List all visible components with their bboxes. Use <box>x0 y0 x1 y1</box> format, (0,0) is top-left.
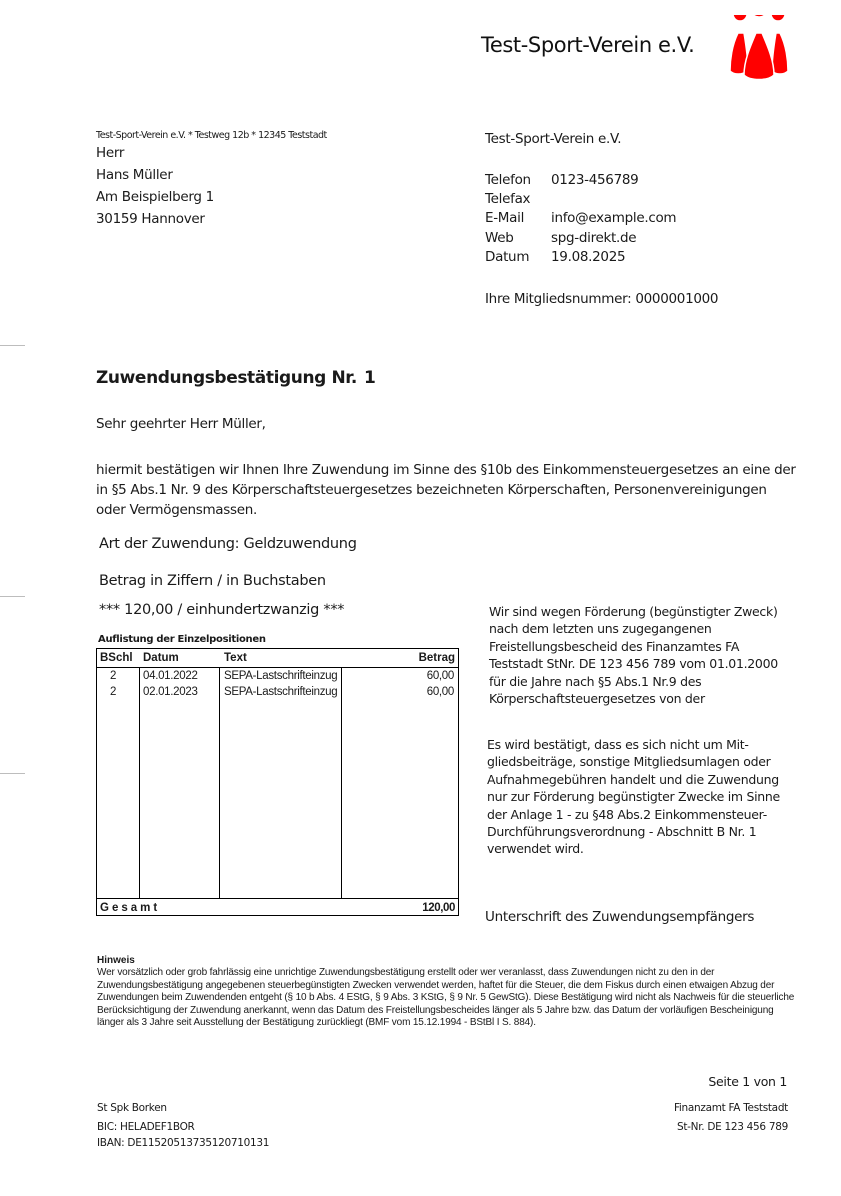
tax-number: St-Nr. DE 123 456 789 <box>677 1121 788 1133</box>
contact-label: Web <box>485 230 514 246</box>
contact-phone: 0123-456789 <box>551 172 638 188</box>
cell-datum: 02.01.2023 <box>143 686 198 698</box>
bank-bic: BIC: HELADEF1BOR <box>97 1121 195 1133</box>
cell-text: SEPA-Lastschrifteinzug <box>224 670 337 682</box>
bank-iban: IBAN: DE11520513735120710131 <box>97 1137 269 1149</box>
fold-mark <box>0 773 25 774</box>
recipient-title: Herr <box>96 145 124 161</box>
column-divider <box>341 668 342 898</box>
cell-bschl: 2 <box>110 670 116 682</box>
items-table-title: Auflistung der Einzelpositionen <box>98 634 266 645</box>
contact-date: 19.08.2025 <box>551 249 625 265</box>
column-divider <box>219 668 220 898</box>
notice-title: Hinweis <box>97 955 135 966</box>
column-header-betrag: Betrag <box>419 652 455 664</box>
salutation: Sehr geehrter Herr Müller, <box>96 416 266 432</box>
header-divider <box>97 667 458 668</box>
recipient-name: Hans Müller <box>96 167 173 183</box>
contact-email: info@example.com <box>551 210 676 226</box>
bowling-pins-icon <box>728 15 790 81</box>
donation-type: Art der Zuwendung: Geldzuwendung <box>99 536 357 552</box>
organization-name: Test-Sport-Verein e.V. <box>481 33 694 57</box>
fold-mark <box>0 345 25 346</box>
column-header-datum: Datum <box>143 652 179 664</box>
contact-label: Telefon <box>485 172 531 188</box>
contact-web: spg-direkt.de <box>551 230 636 246</box>
contact-label: E-Mail <box>485 210 524 226</box>
sender-return-line: Test-Sport-Verein e.V. * Testweg 12b * 1… <box>96 130 327 141</box>
member-number: Ihre Mitgliedsnummer: 0000001000 <box>485 291 718 307</box>
items-table: BSchl Datum Text Betrag 2 04.01.2022 SEP… <box>96 648 459 916</box>
bank-name: St Spk Borken <box>97 1102 167 1114</box>
page-number: Seite 1 von 1 <box>708 1074 787 1089</box>
recipient-street: Am Beispielberg 1 <box>96 189 214 205</box>
column-header-bschl: BSchl <box>100 652 133 664</box>
cell-text: SEPA-Lastschrifteinzug <box>224 686 337 698</box>
total-divider <box>97 898 458 899</box>
column-header-text: Text <box>224 652 247 664</box>
column-divider <box>139 668 140 898</box>
tax-office: Finanzamt FA Teststadt <box>674 1102 788 1114</box>
amount-value: *** 120,00 / einhundertzwanzig *** <box>99 602 344 618</box>
cell-betrag: 60,00 <box>427 670 454 682</box>
intro-paragraph: hiermit bestätigen wir Ihnen Ihre Zuwend… <box>96 460 796 520</box>
contact-label: Datum <box>485 249 529 265</box>
cell-bschl: 2 <box>110 686 116 698</box>
total-value: 120,00 <box>422 902 455 914</box>
confirmation-paragraph: Es wird bestätigt, dass es sich nicht um… <box>487 736 787 858</box>
amount-label: Betrag in Ziffern / in Buchstaben <box>99 573 326 589</box>
signature-label: Unterschrift des Zuwendungsempfängers <box>485 909 754 925</box>
contact-label: Telefax <box>485 191 530 207</box>
document-number: 1 <box>364 368 376 388</box>
cell-betrag: 60,00 <box>427 686 454 698</box>
cell-datum: 04.01.2022 <box>143 670 198 682</box>
notice-text: Wer vorsätzlich oder grob fahrlässig ein… <box>97 967 797 1030</box>
contact-organization: Test-Sport-Verein e.V. <box>485 131 621 147</box>
total-label: Gesamt <box>100 902 160 914</box>
exemption-paragraph: Wir sind wegen Förderung (begünstigter Z… <box>489 603 789 707</box>
fold-mark <box>0 596 25 597</box>
recipient-city: 30159 Hannover <box>96 211 205 227</box>
document-title: Zuwendungsbestätigung Nr. <box>96 368 357 388</box>
